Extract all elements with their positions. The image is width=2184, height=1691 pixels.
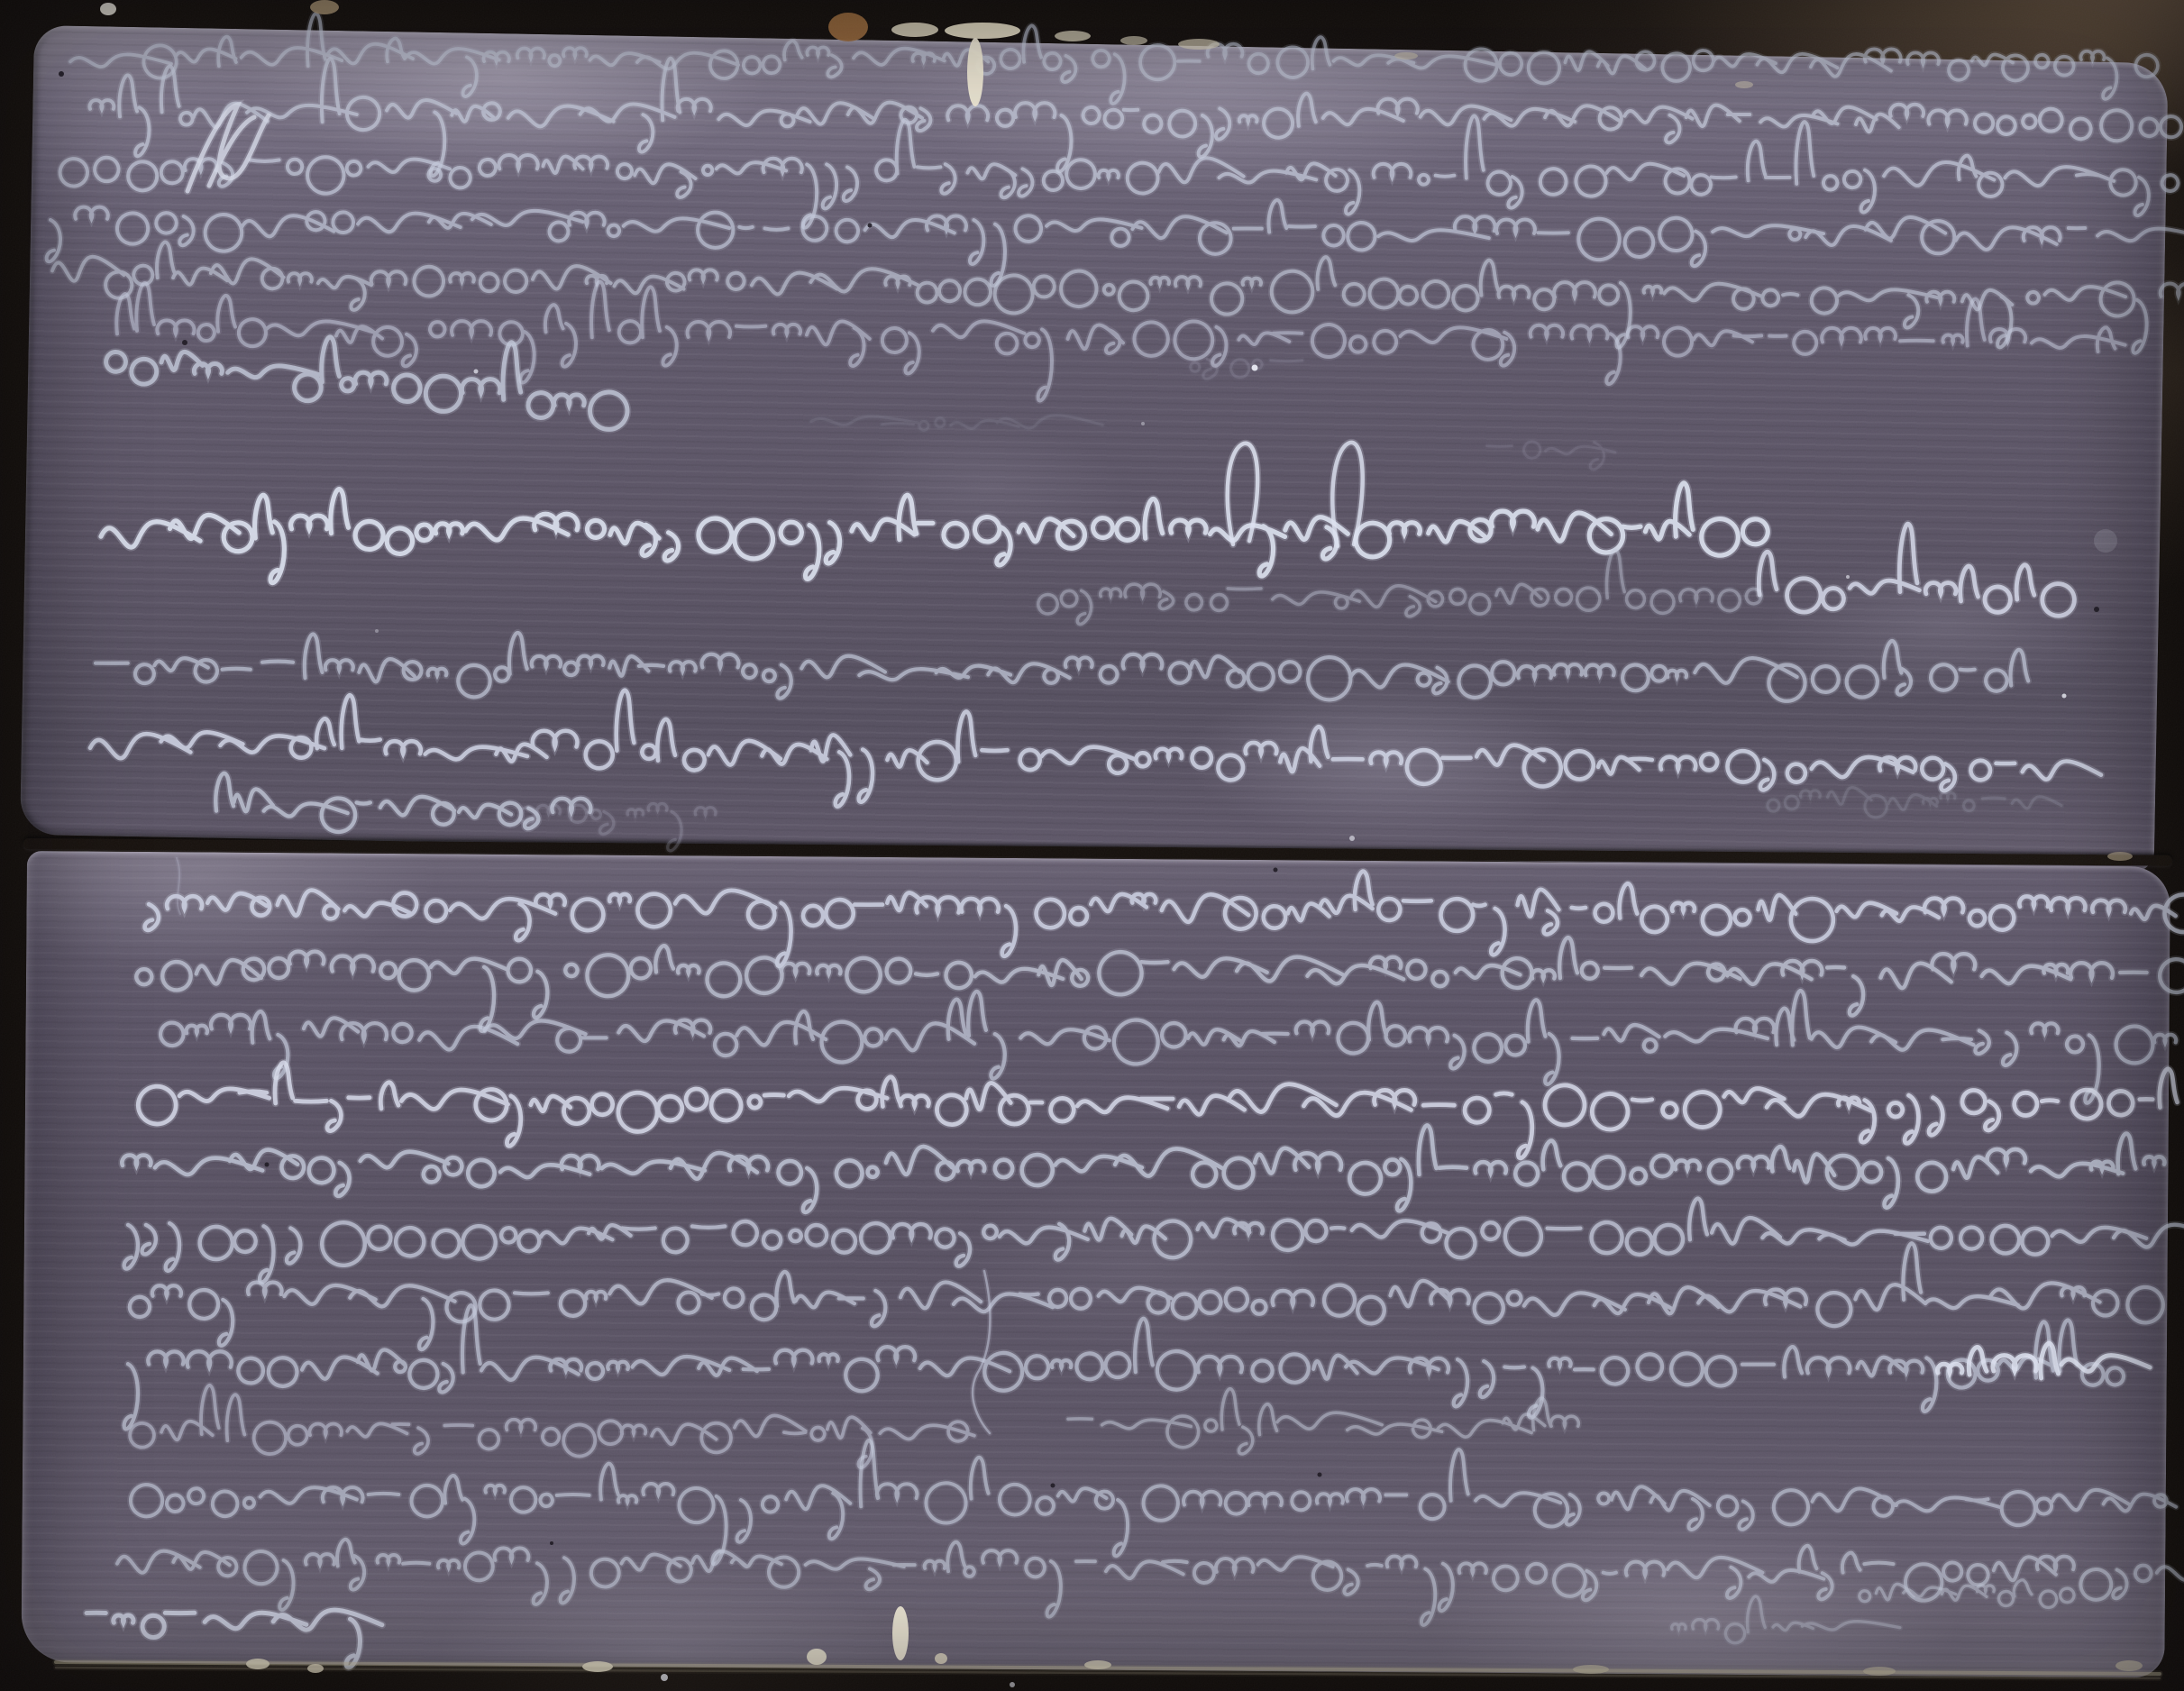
edge-chip xyxy=(828,13,868,41)
edge-chip xyxy=(310,0,339,14)
edge-chip xyxy=(1055,31,1091,41)
light-speck xyxy=(661,1674,668,1681)
manuscript-photograph xyxy=(0,0,2184,1691)
edge-chip xyxy=(100,3,116,15)
edge-chip xyxy=(945,23,1020,39)
edge-chip xyxy=(1120,36,1147,45)
light-speck xyxy=(1010,1682,1015,1687)
edge-chip xyxy=(891,23,938,37)
upper-manuscript-leaf xyxy=(20,25,2169,873)
edge-chip xyxy=(307,1664,324,1673)
lower-manuscript-leaf xyxy=(21,851,2170,1677)
